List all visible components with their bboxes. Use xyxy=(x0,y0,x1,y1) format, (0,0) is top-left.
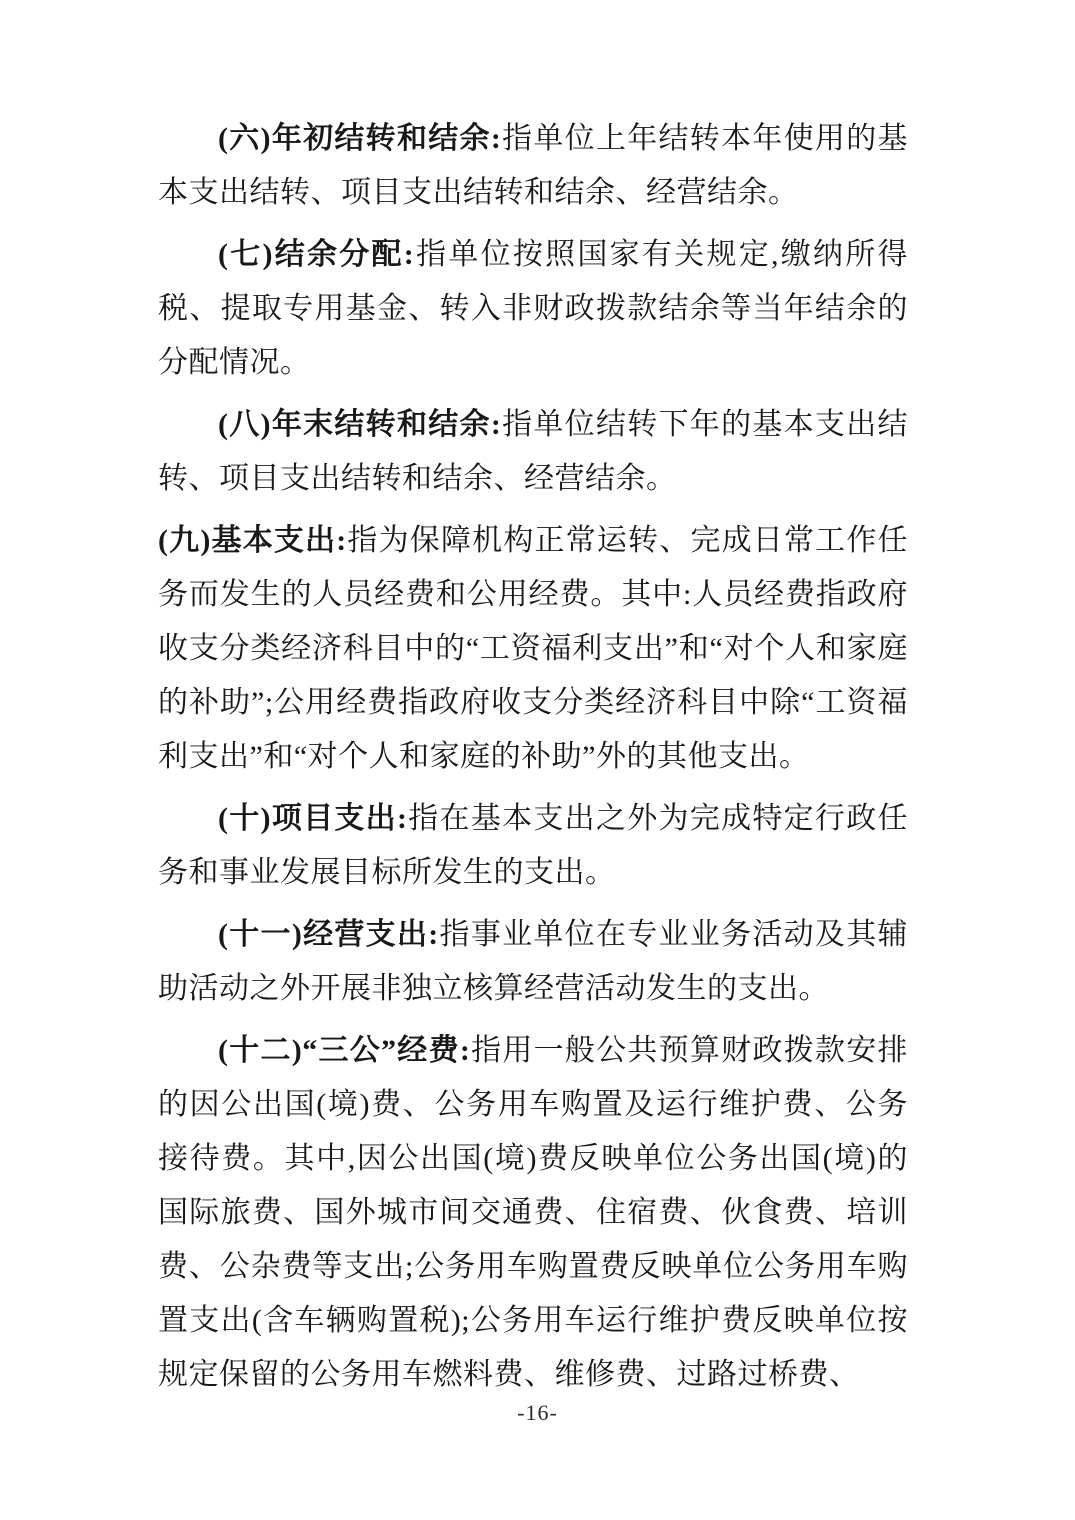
definition-paragraph: (十)项目支出:指在基本支出之外为完成特定行政任务和事业发展目标所发生的支出。 xyxy=(158,792,908,900)
document-page: (六)年初结转和结余:指单位上年结转本年使用的基本支出结转、项目支出结转和结余、… xyxy=(0,0,1075,1520)
definition-paragraph: (十二)“三公”经费:指用一般公共预算财政拨款安排的因公出国(境)费、公务用车购… xyxy=(158,1024,908,1402)
page-number: -16- xyxy=(517,1400,558,1425)
definition-paragraph: (七)结余分配:指单位按照国家有关规定,缴纳所得税、提取专用基金、转入非财政拨款… xyxy=(158,228,908,390)
term-definition: 指为保障机构正常运转、完成日常工作任务而发生的人员经费和公用经费。其中:人员经费… xyxy=(158,524,908,773)
definition-paragraph: (十一)经营支出:指事业单位在专业业务活动及其辅助活动之外开展非独立核算经营活动… xyxy=(158,908,908,1016)
term-definition: 指用一般公共预算财政拨款安排的因公出国(境)费、公务用车购置及运行维护费、公务接… xyxy=(158,1034,908,1391)
term-label: (九)基本支出: xyxy=(158,524,347,557)
term-label: (八)年末结转和结余: xyxy=(218,408,501,441)
definition-paragraph: (八)年末结转和结余:指单位结转下年的基本支出结转、项目支出结转和结余、经营结余… xyxy=(158,398,908,506)
term-label: (六)年初结转和结余: xyxy=(218,122,501,155)
term-label: (十)项目支出: xyxy=(218,802,407,835)
definition-paragraph: (九)基本支出:指为保障机构正常运转、完成日常工作任务而发生的人员经费和公用经费… xyxy=(158,514,908,784)
term-label: (七)结余分配: xyxy=(218,238,414,271)
term-label: (十二)“三公”经费: xyxy=(218,1034,470,1067)
document-body: (六)年初结转和结余:指单位上年结转本年使用的基本支出结转、项目支出结转和结余、… xyxy=(158,112,908,1410)
term-label: (十一)经营支出: xyxy=(218,918,439,951)
definition-paragraph: (六)年初结转和结余:指单位上年结转本年使用的基本支出结转、项目支出结转和结余、… xyxy=(158,112,908,220)
page-footer: -16- xyxy=(0,1400,1075,1426)
